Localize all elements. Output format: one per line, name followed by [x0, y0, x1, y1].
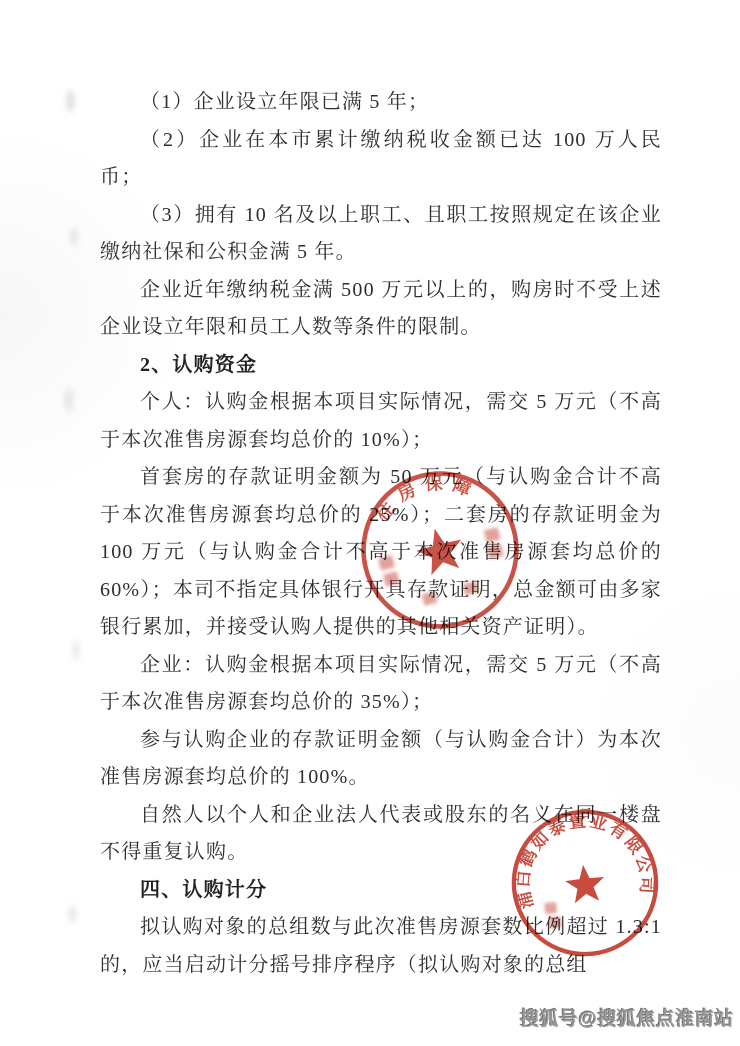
paragraph: 企业近年缴纳税金满 500 万元以上的，购房时不受上述企业设立年限和员工人数等条… — [100, 272, 662, 347]
paragraph: 拟认购对象的总组数与此次准售房源套数比例超过 1.3:1 的，应当启动计分摇号排… — [100, 909, 662, 984]
scan-smudge — [64, 388, 74, 412]
document-text: （1）企业设立年限已满 5 年； （2）企业在本市累计缴纳税收金额已达 100 … — [100, 84, 662, 984]
paragraph: 企业：认购金根据本项目实际情况，需交 5 万元（不高于本次准售房源套均总价的 3… — [100, 647, 662, 722]
paragraph: （1）企业设立年限已满 5 年； — [100, 84, 662, 122]
paragraph: 首套房的存款证明金额为 50 万元（与认购金合计不高于本次准售房源套均总价的 2… — [100, 459, 662, 647]
watermark: 搜狐号@搜狐焦点淮南站 — [520, 1004, 734, 1031]
paragraph: 参与认购企业的存款证明金额（与认购金合计）为本次准售房源套均总价的 100%。 — [100, 722, 662, 797]
section-heading-subscription-funds: 2、认购资金 — [100, 347, 662, 385]
paragraph: （2）企业在本市累计缴纳税收金额已达 100 万人民币； — [100, 122, 662, 197]
paragraph: （3）拥有 10 名及以上职工、且职工按照规定在该企业缴纳社保和公积金满 5 年… — [100, 197, 662, 272]
paragraph: 个人：认购金根据本项目实际情况，需交 5 万元（不高于本次准售房源套均总价的 1… — [100, 384, 662, 459]
paragraph: 自然人以个人和企业法人代表或股东的名义在同一楼盘不得重复认购。 — [100, 797, 662, 872]
scan-smudge — [72, 640, 80, 660]
section-heading-subscription-scoring: 四、认购计分 — [100, 872, 662, 910]
scan-smudge — [66, 90, 75, 112]
scan-smudge — [70, 228, 78, 246]
page-number: 2 — [96, 956, 646, 972]
document-page: （1）企业设立年限已满 5 年； （2）企业在本市累计缴纳税收金额已达 100 … — [0, 0, 740, 1046]
scan-smudge — [68, 905, 77, 923]
